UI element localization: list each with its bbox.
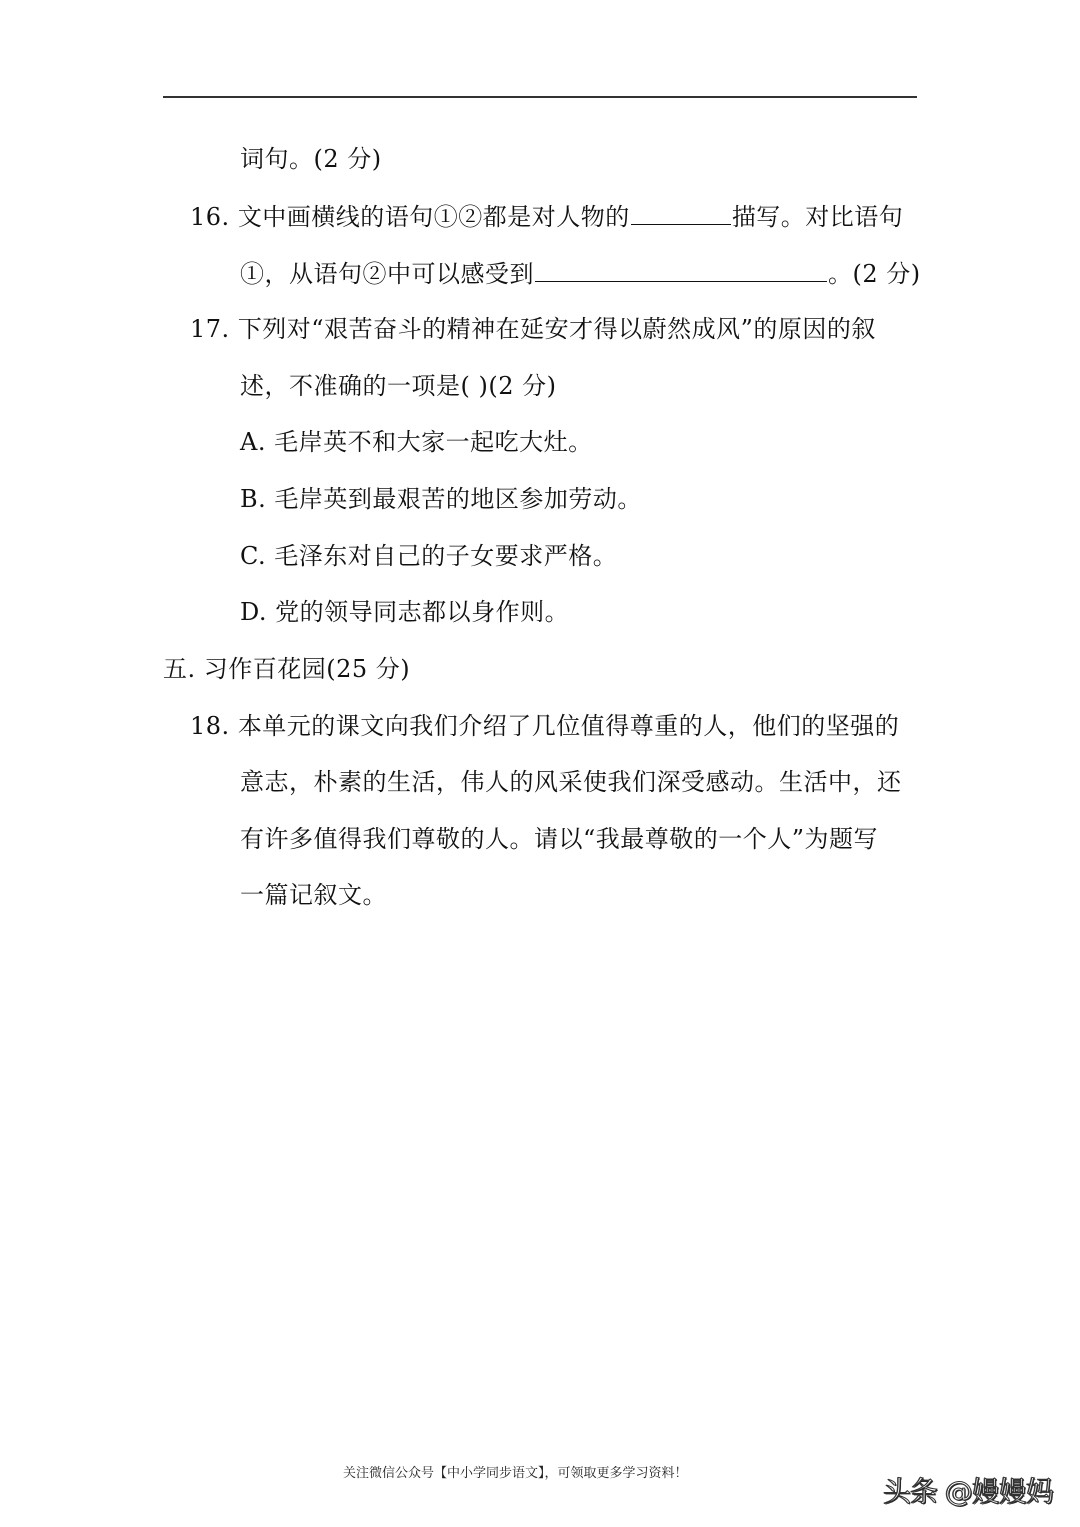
option-label: B. — [240, 485, 266, 513]
essay-line-1: 18. 本单元的课文向我们介绍了几位值得尊重的人，他们的坚强的 — [190, 711, 899, 741]
question-16-line-1: 16. 文中画横线的语句①②都是对人物的描写。对比语句 — [190, 200, 903, 232]
question-text: 文中画横线的语句①②都是对人物的 — [238, 203, 630, 231]
option-a[interactable]: A. 毛岸英不和大家一起吃大灶。 — [240, 427, 593, 457]
option-text: 党的领导同志都以身作则。 — [275, 598, 569, 626]
essay-line-3: 有许多值得我们尊敬的人。请以“我最尊敬的一个人”为题写 — [240, 824, 878, 854]
essay-line-4: 一篇记叙文。 — [240, 880, 387, 910]
essay-line-2: 意志，朴素的生活，伟人的风采使我们深受感动。生活中，还 — [240, 767, 902, 797]
option-text: 毛岸英不和大家一起吃大灶。 — [274, 428, 593, 456]
option-b[interactable]: B. 毛岸英到最艰苦的地区参加劳动。 — [240, 484, 642, 514]
question-number: 16. — [190, 202, 230, 232]
question-text: 。(2 分) — [828, 260, 921, 288]
option-label: A. — [240, 428, 266, 456]
essay-text: 本单元的课文向我们介绍了几位值得尊重的人，他们的坚强的 — [238, 712, 900, 740]
section-title: 习作百花园(25 分) — [204, 655, 410, 683]
option-c[interactable]: C. 毛泽东对自己的子女要求严格。 — [240, 541, 617, 571]
option-text: 毛岸英到最艰苦的地区参加劳动。 — [274, 485, 642, 513]
question-text: ①，从语句②中可以感受到 — [240, 260, 534, 288]
option-text: 毛泽东对自己的子女要求严格。 — [274, 542, 617, 570]
option-label: C. — [240, 542, 266, 570]
section-number: 五. — [163, 655, 196, 683]
continuation-label: 词句。(2 分) — [240, 145, 382, 173]
continuation-text: 词句。(2 分) — [240, 144, 382, 174]
section-heading: 五. 习作百花园(25 分) — [163, 654, 410, 684]
option-label: D. — [240, 598, 267, 626]
question-number: 17. — [190, 314, 230, 344]
question-17-line-2: 述，不准确的一项是( )(2 分) — [240, 371, 556, 401]
essay-text: 意志，朴素的生活，伟人的风采使我们深受感动。生活中，还 — [240, 768, 902, 796]
essay-text: 有许多值得我们尊敬的人。请以“我最尊敬的一个人”为题写 — [240, 825, 878, 853]
header-rule — [163, 96, 917, 98]
question-16-line-2: ①，从语句②中可以感受到。(2 分) — [240, 257, 921, 289]
question-17-line-1: 17. 下列对“艰苦奋斗的精神在延安才得以蔚然成风”的原因的叙 — [190, 314, 876, 344]
question-text: 述，不准确的一项是( )(2 分) — [240, 372, 556, 400]
answer-blank[interactable] — [535, 257, 827, 282]
essay-text: 一篇记叙文。 — [240, 881, 387, 909]
answer-blank[interactable] — [631, 200, 731, 225]
question-text: 下列对“艰苦奋斗的精神在延安才得以蔚然成风”的原因的叙 — [238, 315, 876, 343]
option-d[interactable]: D. 党的领导同志都以身作则。 — [240, 597, 569, 627]
question-number: 18. — [190, 711, 230, 741]
watermark: 头条 @嫚嫚妈 — [883, 1470, 1053, 1510]
question-text: 描写。对比语句 — [732, 203, 904, 231]
footer-note: 关注微信公众号【中小学同步语文】，可领取更多学习资料！ — [343, 1462, 688, 1481]
